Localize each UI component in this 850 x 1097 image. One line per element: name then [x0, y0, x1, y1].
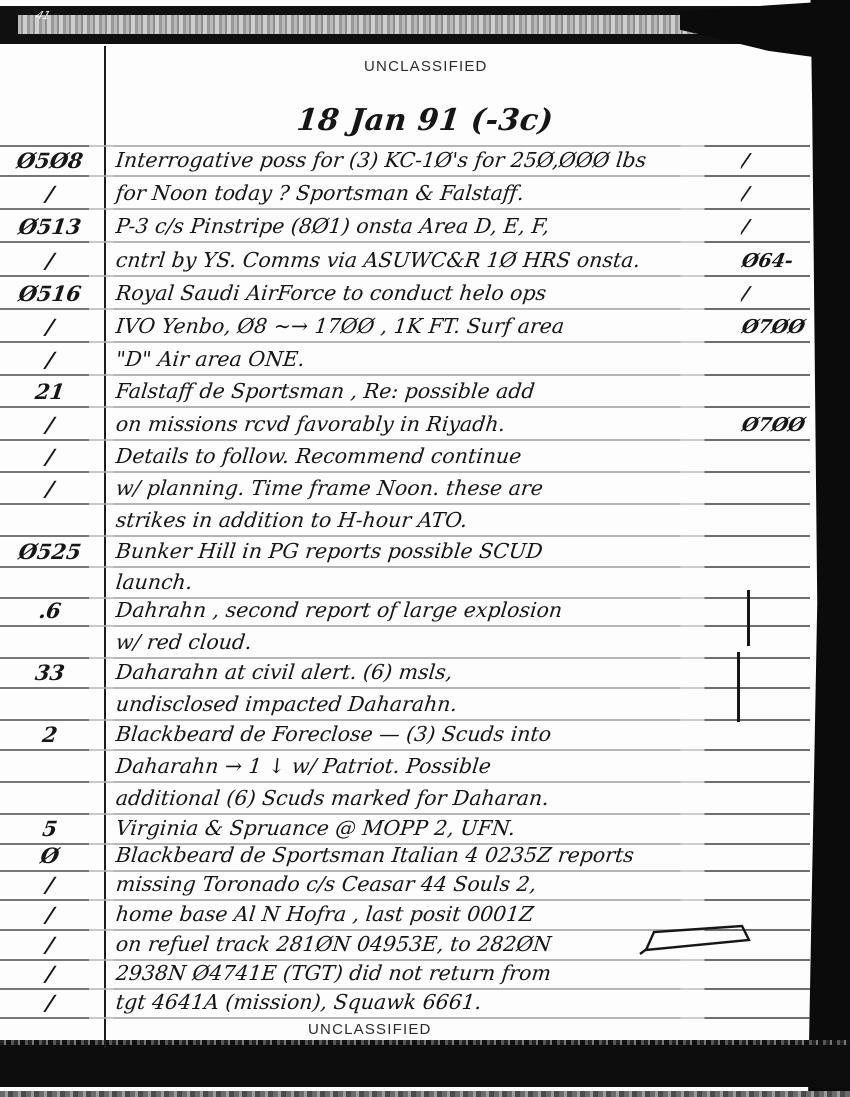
time-cell: /	[2, 412, 98, 437]
time-cell: /	[2, 902, 98, 927]
log-row: / on missions rcvd favorably in Riyadh. …	[0, 412, 850, 442]
entry-text: missing Toronado c/s Ceasar 44 Souls 2,	[115, 872, 743, 896]
time-cell: .6	[2, 598, 98, 623]
log-row: / IVO Yenbo, Ø8 ~→ 17ØØ , 1K FT. Surf ar…	[0, 314, 850, 344]
log-row: / missing Toronado c/s Ceasar 44 Souls 2…	[0, 872, 850, 902]
entry-text: on missions rcvd favorably in Riyadh.	[115, 412, 743, 436]
log-row: launch.	[0, 570, 850, 600]
entry-text: for Noon today ? Sportsman & Falstaff.	[115, 181, 743, 205]
classification-header: UNCLASSIFIED	[364, 58, 488, 75]
time-cell: Ø5Ø8	[2, 148, 98, 173]
log-row: strikes in addition to H-hour ATO.	[0, 508, 850, 538]
log-row: 33 Daharahn at civil alert. (6) msls,	[0, 660, 850, 690]
emphasis-mark	[747, 590, 750, 646]
time-cell: 33	[2, 660, 98, 685]
time-cell: Ø	[2, 843, 98, 868]
log-row: additional (6) Scuds marked for Daharan.	[0, 786, 850, 816]
entry-text: Falstaff de Sportsman , Re: possible add	[115, 379, 743, 403]
log-row: / w/ planning. Time frame Noon. these ar…	[0, 476, 850, 506]
entry-text: Daharahn → 1 ↓ w/ Patriot. Possible	[115, 754, 743, 778]
margin-time-cell: /	[740, 150, 814, 172]
log-row: undisclosed impacted Daharahn.	[0, 692, 850, 722]
page-title: 18 Jan 91 (-3c)	[253, 103, 597, 138]
log-row: / cntrl by YS. Comms via ASUWC&R 1Ø HRS …	[0, 248, 850, 278]
log-row: / "D" Air area ONE.	[0, 347, 850, 377]
time-cell: 2	[2, 722, 98, 747]
time-cell: /	[2, 961, 98, 986]
entry-text: Details to follow. Recommend continue	[115, 444, 743, 468]
log-row: Ø525 Bunker Hill in PG reports possible …	[0, 539, 850, 569]
margin-time-cell: /	[740, 183, 814, 205]
log-row: .6 Dahrahn , second report of large expl…	[0, 598, 850, 628]
log-row: / Details to follow. Recommend continue	[0, 444, 850, 474]
entry-text: Bunker Hill in PG reports possible SCUD	[115, 539, 743, 563]
time-cell: /	[2, 314, 98, 339]
time-cell: /	[2, 932, 98, 957]
time-cell: /	[2, 872, 98, 897]
log-row: 5 Virginia & Spruance @ MOPP 2, UFN.	[0, 816, 850, 846]
margin-time-cell: Ø7ØØ	[740, 414, 814, 436]
entry-text: undisclosed impacted Daharahn.	[115, 692, 743, 716]
entry-text: Interrogative poss for (3) KC-1Ø's for 2…	[115, 148, 743, 172]
log-row: Ø Blackbeard de Sportsman Italian 4 0235…	[0, 843, 850, 873]
log-row: / 2938N Ø4741E (TGT) did not return from	[0, 961, 850, 991]
log-row: / for Noon today ? Sportsman & Falstaff.…	[0, 181, 850, 211]
entry-text: w/ planning. Time frame Noon. these are	[115, 476, 743, 500]
entry-text: cntrl by YS. Comms via ASUWC&R 1Ø HRS on…	[115, 248, 743, 272]
drawn-box-icon	[638, 920, 753, 956]
scan-artifact-mark: 41	[34, 9, 60, 21]
entry-text: "D" Air area ONE.	[115, 347, 743, 371]
time-cell: /	[2, 181, 98, 206]
time-cell: Ø525	[2, 539, 98, 564]
scanned-log-page: 41 UNCLASSIFIED UNCLASSIFIED 18 Jan 91 (…	[0, 0, 850, 1097]
scan-band-bottom-tail	[0, 1091, 850, 1097]
log-row: 2 Blackbeard de Foreclose — (3) Scuds in…	[0, 722, 850, 752]
scan-band-top-grain	[18, 15, 788, 34]
time-cell: /	[2, 990, 98, 1015]
margin-time-cell: Ø7ØØ	[740, 316, 814, 338]
entry-text: tgt 4641A (mission), Squawk 6661.	[115, 990, 743, 1014]
margin-time-cell: Ø64-	[740, 250, 814, 272]
log-row: Daharahn → 1 ↓ w/ Patriot. Possible	[0, 754, 850, 784]
entry-text: Daharahn at civil alert. (6) msls,	[115, 660, 743, 684]
time-cell: Ø516	[2, 281, 98, 306]
entry-text: IVO Yenbo, Ø8 ~→ 17ØØ , 1K FT. Surf area	[115, 314, 743, 338]
entry-text: w/ red cloud.	[115, 630, 743, 654]
margin-time-cell: /	[740, 283, 814, 305]
log-row: Ø5Ø8 Interrogative poss for (3) KC-1Ø's …	[0, 148, 850, 178]
time-cell: Ø513	[2, 214, 98, 239]
entry-text: Blackbeard de Foreclose — (3) Scuds into	[115, 722, 743, 746]
time-cell: /	[2, 444, 98, 469]
entry-text: Dahrahn , second report of large explosi…	[115, 598, 743, 622]
scan-band-bottom	[0, 1045, 850, 1087]
time-cell: 21	[2, 379, 98, 404]
time-cell: /	[2, 476, 98, 501]
entry-text: Virginia & Spruance @ MOPP 2, UFN.	[115, 816, 743, 840]
log-row: Ø513 P-3 c/s Pinstripe (8Ø1) onsta Area …	[0, 214, 850, 244]
entry-text: additional (6) Scuds marked for Daharan.	[115, 786, 743, 810]
entry-text: Royal Saudi AirForce to conduct helo ops	[115, 281, 743, 305]
log-row: w/ red cloud.	[0, 630, 850, 660]
log-row: 21 Falstaff de Sportsman , Re: possible …	[0, 379, 850, 409]
entry-text: Blackbeard de Sportsman Italian 4 0235Z …	[115, 843, 743, 867]
classification-footer: UNCLASSIFIED	[308, 1021, 432, 1038]
entry-text: P-3 c/s Pinstripe (8Ø1) onsta Area D, E,…	[115, 214, 743, 238]
time-cell: 5	[2, 816, 98, 841]
entry-text: strikes in addition to H-hour ATO.	[115, 508, 743, 532]
entry-text: 2938N Ø4741E (TGT) did not return from	[115, 961, 743, 985]
log-row: Ø516 Royal Saudi AirForce to conduct hel…	[0, 281, 850, 311]
time-cell: /	[2, 248, 98, 273]
log-row: / tgt 4641A (mission), Squawk 6661.	[0, 990, 850, 1020]
entry-text: launch.	[115, 570, 743, 594]
margin-time-cell: /	[740, 216, 814, 238]
emphasis-mark	[737, 652, 740, 722]
time-cell: /	[2, 347, 98, 372]
